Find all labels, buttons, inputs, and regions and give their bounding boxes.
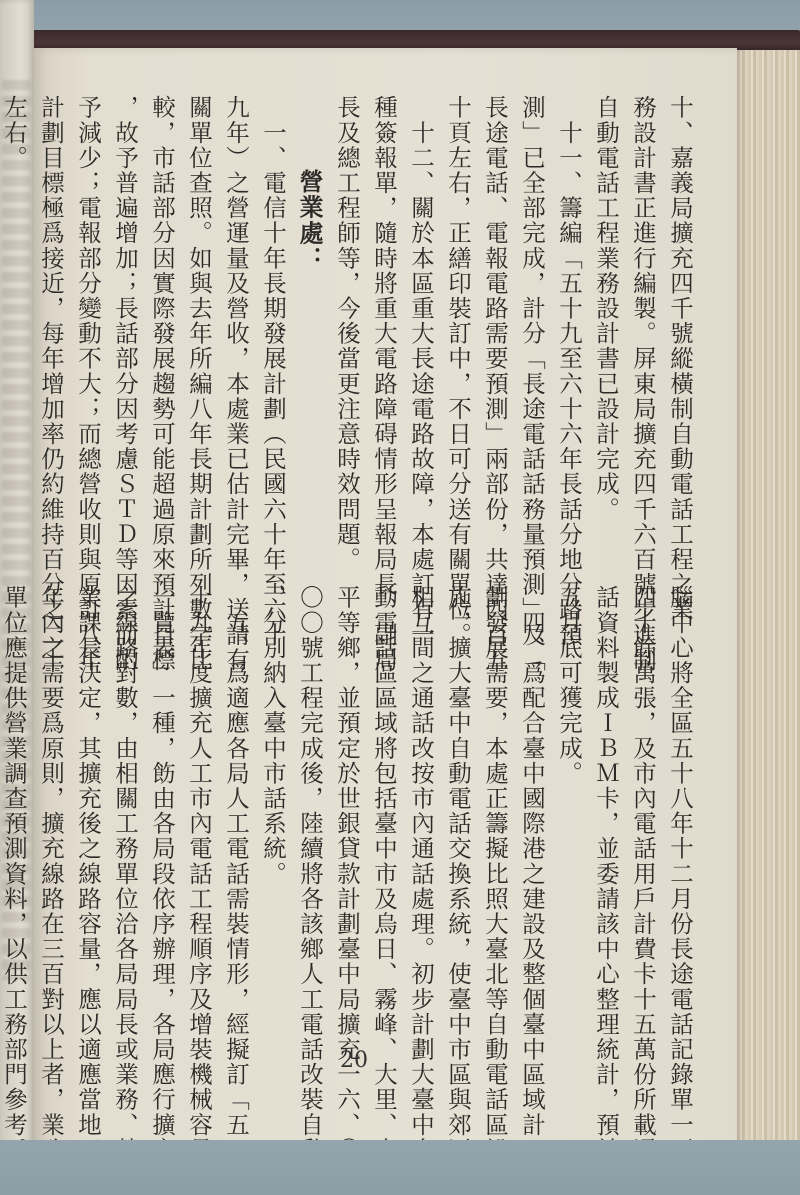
text-column: 四十餘萬張，及市內電話用戶計費卡十五萬份所載通	[624, 585, 661, 1045]
text-column: 一、電信十年長期發展計劃（民國六十年至六十	[254, 95, 291, 560]
text-column: 予減少；電報部分變動不大；而總營收則與原訂八年	[69, 95, 106, 560]
text-column: 十頁左右，正繕印裝訂中，不日可分送有關單位。	[439, 95, 476, 560]
text-column: 十九年度擴充人工市內電話工程順序及增裝機械容量	[180, 585, 217, 1045]
page-stack-edge	[737, 50, 800, 1195]
background-surface-bottom	[0, 1140, 800, 1195]
text-column: 平等鄉，並預定於世銀貸款計劃臺中局擴充一六、〇	[328, 585, 365, 1045]
text-column: 五月底可獲完成。	[550, 585, 587, 1045]
text-column: 年內之需要爲原則，擴充線路在三百對以上者，業務	[32, 585, 69, 1045]
text-column: 自動電話工程業務設計書已設計完成。	[587, 95, 624, 560]
text-column: 〇〇號工程完成後，陸續將各該鄉人工電話改裝自動	[291, 585, 328, 1045]
text-column: 九年）之營運量及營收，本處業已估計完畢，送請有	[217, 95, 254, 560]
lower-text-band: 腦中心將全區五十八年十二月份長途電話記錄單一百 四十餘萬張，及市內電話用戶計費卡…	[0, 585, 698, 1045]
text-column: 業課長決定，其擴充後之線路容量，應以適應當地五	[69, 585, 106, 1045]
page-number: 20	[340, 1048, 368, 1073]
text-column: 五、爲適應各局人工電話需裝情形，經擬訂「五	[217, 585, 254, 1045]
text-column: 長及總工程師等，今後當更注意時效問題。	[328, 95, 365, 560]
text-column: 左右。	[0, 95, 32, 560]
text-column: 相互間之通話改按市內通話處理。初步計劃大臺中自	[402, 585, 439, 1045]
text-column: 施，擴大臺中自動電話交換系統，使臺中市區與郊區	[439, 585, 476, 1045]
text-column: ，故予普遍增加；長話部分因考慮ＳＴＤ等因素而酌	[106, 95, 143, 560]
text-column: 動電話區區域將包括臺中市及烏日、霧峰、大里、太	[365, 585, 402, 1045]
text-column: 十、嘉義局擴充四千號縱橫制自動電話工程之業	[661, 95, 698, 560]
text-column: 四、爲配合臺中國際港之建設及整個臺中區域計	[513, 585, 550, 1045]
text-column: 十一、籌編「五十九至六十六年長話分地分路預	[550, 95, 587, 560]
text-column: 劃發展需要，本處正籌擬比照大臺北等自動電話區設	[476, 585, 513, 1045]
text-column: 較，市話部分因實際發展趨勢可能超過原來預計目標	[143, 95, 180, 560]
text-column: 單位應提供營業調查預測資料，以供工務部門參考。	[0, 585, 32, 1045]
page-gutter-shadow	[737, 50, 745, 1195]
text-column: 一覽表」一種，飭由各局段依序辦理，各局應行擴充	[143, 585, 180, 1045]
text-column: 話資料製成ＩＢＭ卡，並委請該中心整理統計，預計	[587, 585, 624, 1045]
text-column: 種簽報單，隨時將重大電路障碍情形呈報局長、副局	[365, 95, 402, 560]
text-column: 關單位查照。如與去年所編八年長期計劃所列數字比	[180, 95, 217, 560]
text-column: 十二、關於本區重大長途電路故障，本處訂有一	[402, 95, 439, 560]
text-column: 計劃目標極爲接近，每年增加率仍約維持百分之二十	[32, 95, 69, 560]
text-column: 測」已全部完成，計分「長途電話話務量預測」及「	[513, 95, 550, 560]
text-column: 之線路對數，由相關工務單位洽各局局長或業務、營	[106, 585, 143, 1045]
text-column: ，分別納入臺中市話系統。	[254, 585, 291, 1045]
text-column: 務設計書正進行編製。屏東局擴充四千六百號步進制	[624, 95, 661, 560]
upper-text-band: 十、嘉義局擴充四千號縱橫制自動電話工程之業 務設計書正進行編製。屏東局擴充四千六…	[0, 95, 698, 560]
section-heading: 營業處：	[291, 95, 328, 560]
text-column: 腦中心將全區五十八年十二月份長途電話記錄單一百	[661, 585, 698, 1045]
text-column: 長途電話、電報電路需要預測」兩部份，共達四百五	[476, 95, 513, 560]
